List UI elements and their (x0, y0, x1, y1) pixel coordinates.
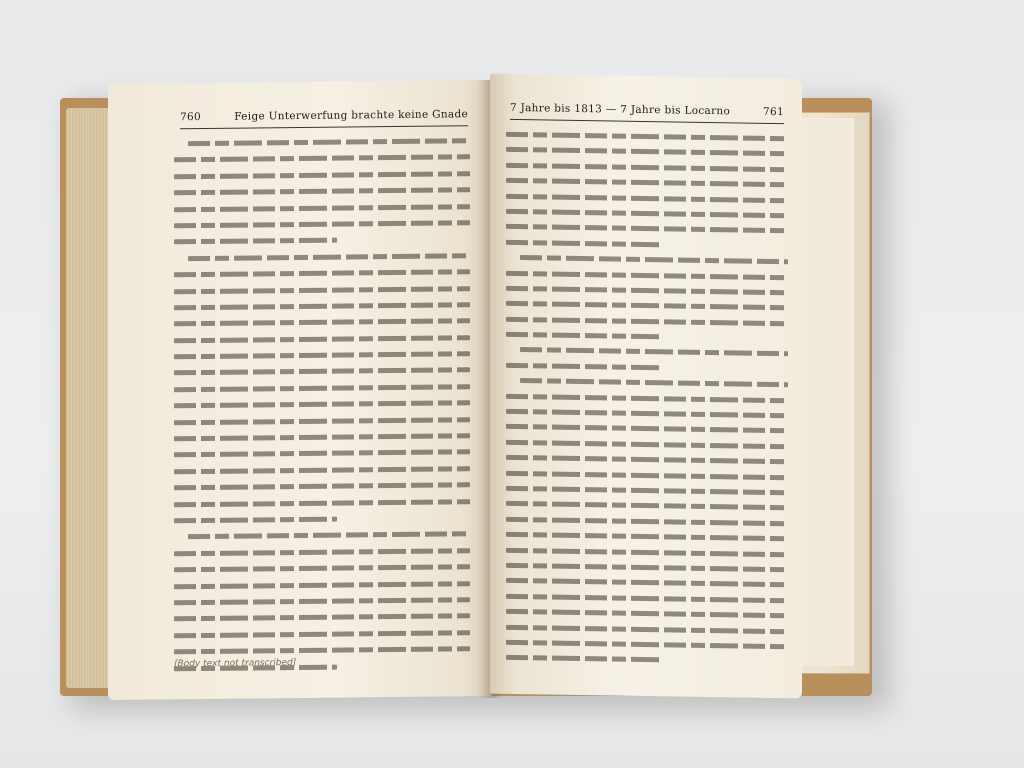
right-running-header: 7 Jahre bis 1813 — 7 Jahre bis Locarno 7… (510, 102, 784, 118)
left-page-number: 760 (180, 111, 201, 123)
left-running-header: 760 Feige Unterwerfung brachte keine Gna… (180, 108, 468, 123)
right-page-number: 761 (763, 106, 784, 118)
right-page: 7 Jahre bis 1813 — 7 Jahre bis Locarno 7… (490, 74, 802, 699)
left-body-text (174, 132, 470, 676)
left-header-rule (180, 125, 468, 129)
text-line (506, 649, 788, 669)
right-header-title: 7 Jahre bis 1813 — 7 Jahre bis Locarno (510, 102, 730, 117)
right-body-text (506, 126, 788, 669)
left-header-title: Feige Unterwerfung brachte keine Gnade (234, 108, 468, 122)
left-page: 760 Feige Unterwerfung brachte keine Gna… (108, 80, 492, 700)
right-header-rule (510, 119, 784, 124)
